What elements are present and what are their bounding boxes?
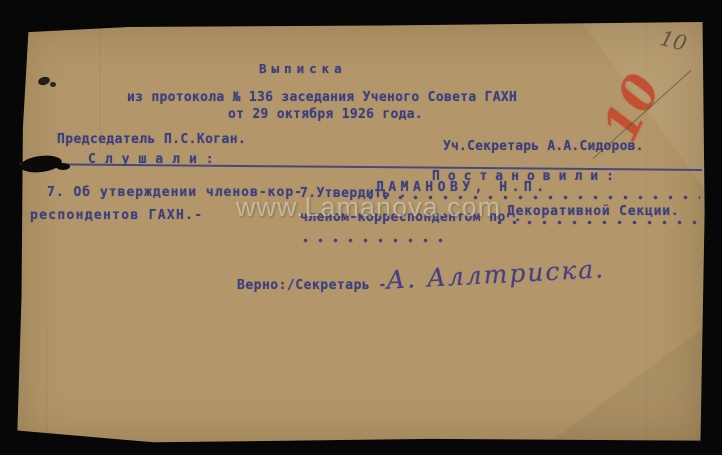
document-title: Выписка	[259, 61, 347, 76]
dotted-fill-line-2	[497, 220, 703, 225]
site-watermark: www.Lamanova.com	[236, 192, 501, 223]
heard-item-line2: респондентов ГАХН.-	[30, 208, 203, 223]
certified-by-line: Верно:/Секретарь -	[237, 278, 387, 293]
scanned-document-page: Выписка из протокола № 136 заседания Уче…	[0, 0, 722, 455]
date-line: от 29 октября 1926 года.	[228, 107, 423, 122]
paper-tear-hole	[50, 82, 56, 87]
resolved-section: Декоративной Секции.	[507, 204, 680, 219]
ink-blot-hole-tail	[56, 163, 70, 170]
crease-vertical-bottom-left	[46, 322, 47, 444]
paper-tear-hole	[37, 76, 51, 87]
chairman-line: Председатель П.С.Коган.	[57, 132, 246, 147]
dotted-fill-line-3	[303, 238, 445, 243]
protocol-line: из протокола № 136 заседания Ученого Сов…	[127, 90, 517, 105]
